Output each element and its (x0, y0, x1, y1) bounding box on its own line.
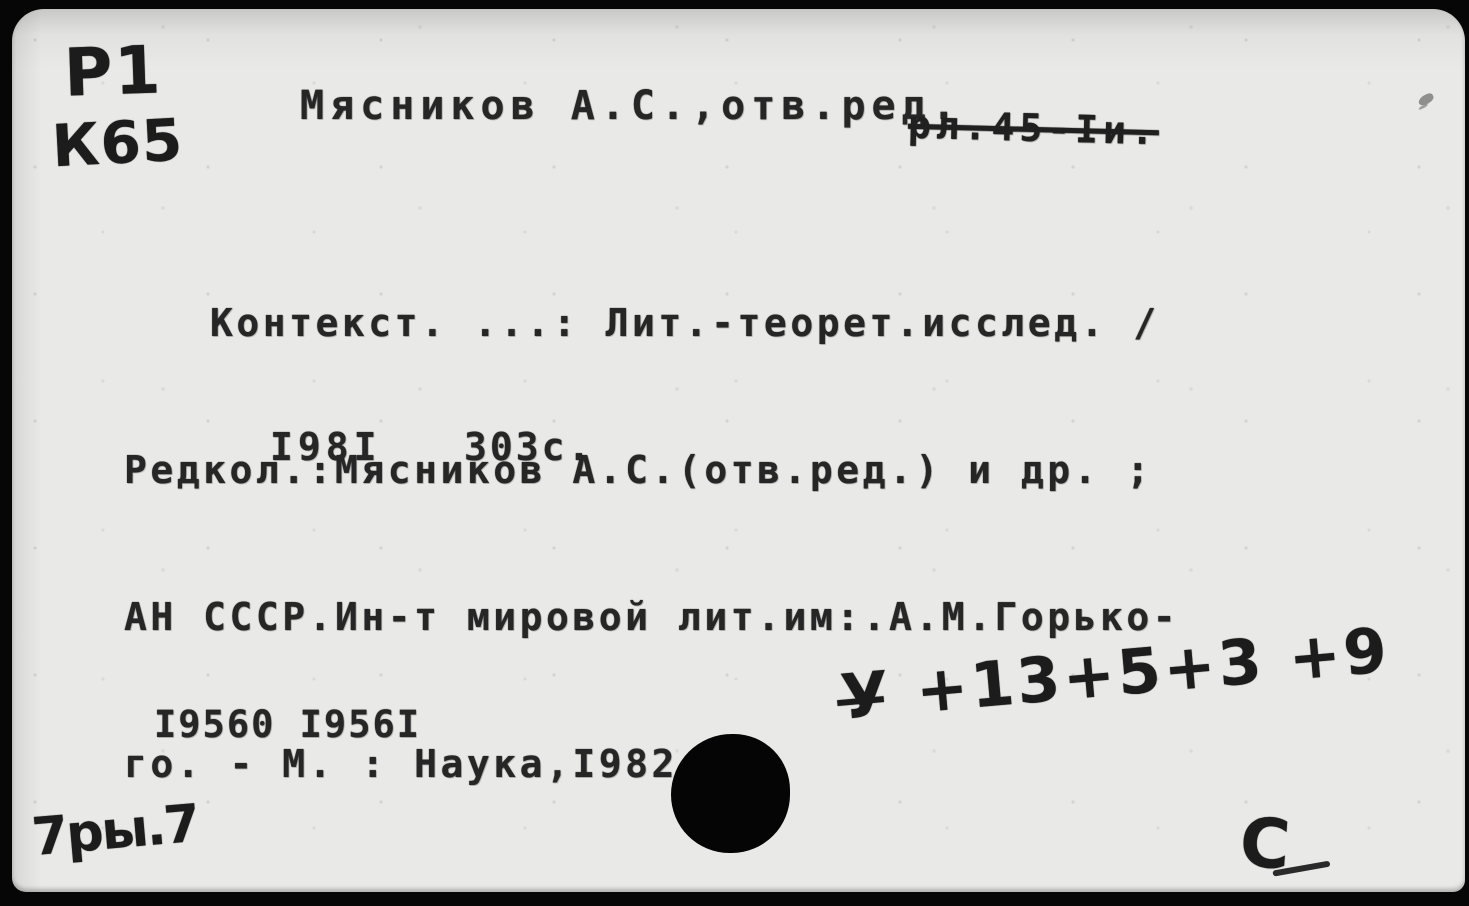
struck-annotation: рл.45-Iи. (907, 103, 1159, 154)
bibliographic-entry: Контекст. ...: Лит.-теорет.исслед. / Ред… (124, 201, 1179, 887)
catalog-card: Р1 К65 Мясников А.С.,отв.ред. рл.45-Iи. … (12, 9, 1465, 892)
classmark-bottom: К65 (50, 106, 185, 181)
punch-hole (671, 734, 790, 853)
ink-speck (1417, 92, 1435, 107)
catalog-card-scan: Р1 К65 Мясников А.С.,отв.ред. рл.45-Iи. … (0, 0, 1469, 906)
publication-year: I98I (270, 425, 382, 469)
page-count: 303с. (464, 425, 593, 469)
bottom-right-note: С (1237, 803, 1292, 885)
entry-line: Контекст. ...: Лит.-теорет.исслед. / (124, 299, 1179, 348)
author-heading: Мясников А.С.,отв.ред. (300, 83, 962, 129)
inventory-numbers: I9560 I956I (154, 703, 421, 746)
entry-line: го. - М. : Наука,I982. - (124, 740, 1179, 789)
entry-line: АН СССР.Ин-т мировой лит.им:.А.М.Горько- (124, 593, 1179, 642)
classmark-top: Р1 (63, 31, 164, 111)
